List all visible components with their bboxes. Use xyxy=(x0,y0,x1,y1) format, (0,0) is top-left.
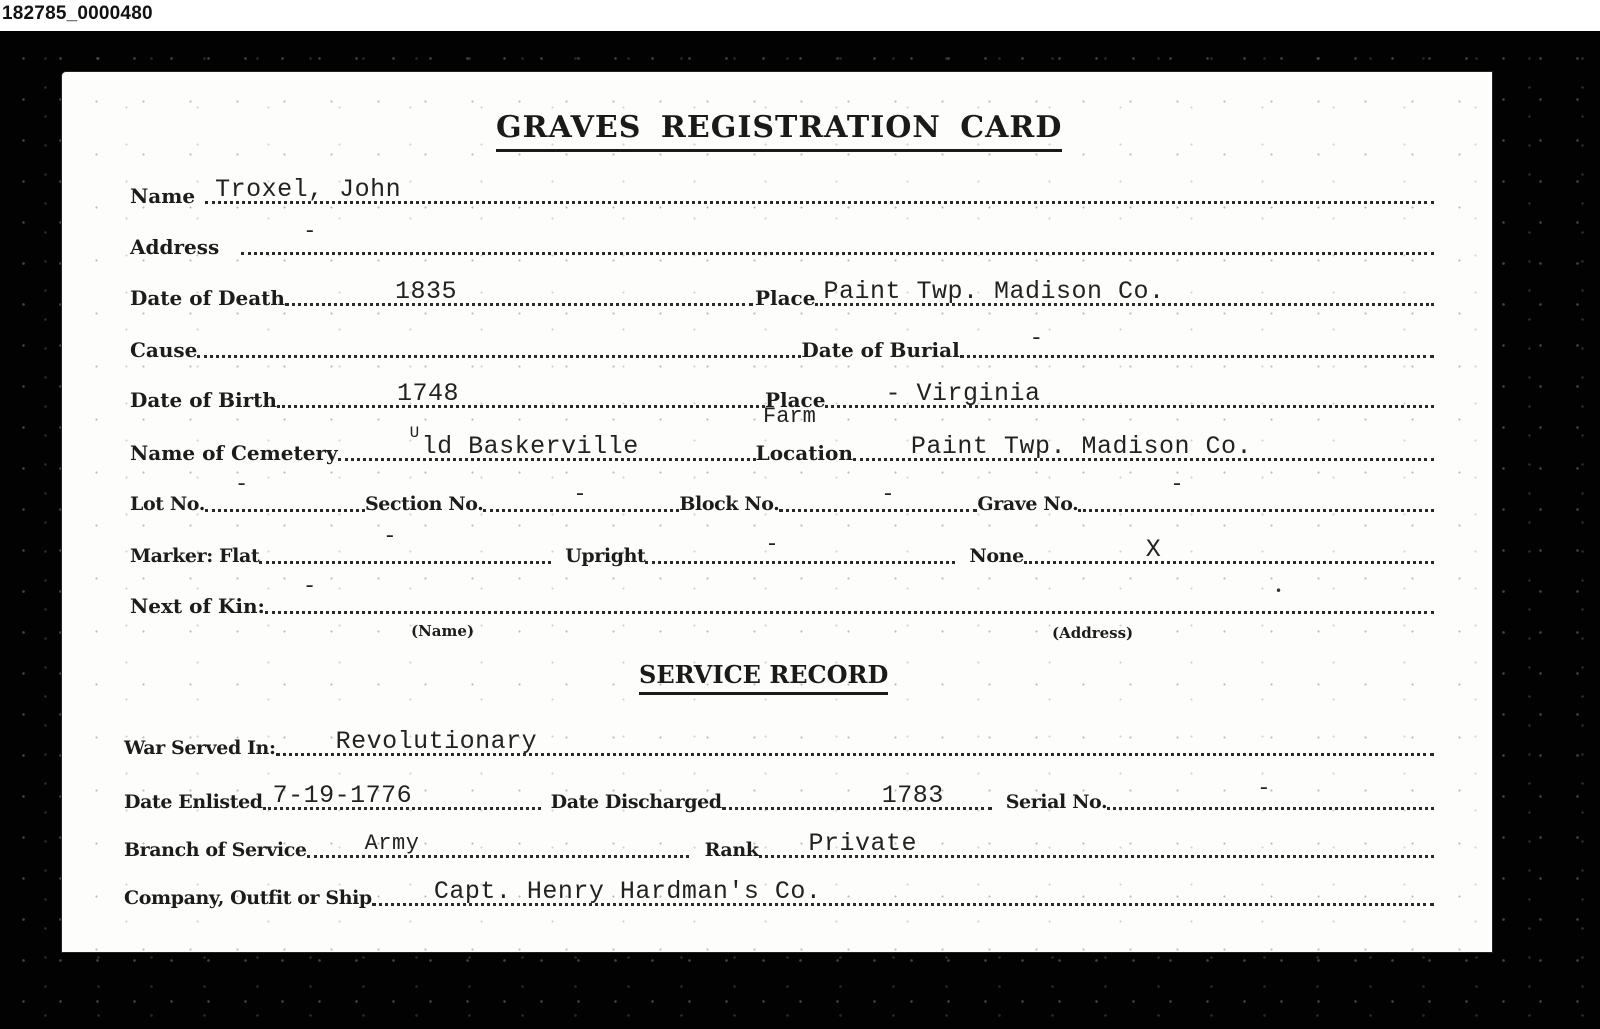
address-field: - xyxy=(241,222,1434,255)
date-of-birth-field: 1748 xyxy=(277,375,765,408)
company-value: Capt. Henry Hardman's Co. xyxy=(434,879,822,905)
death-place-label: Place xyxy=(755,286,816,310)
branch-row: Branch of Service Army Rank Private xyxy=(124,824,1434,858)
next-of-kin-value: - xyxy=(303,577,316,597)
marker-upright-field: - xyxy=(645,531,955,564)
next-of-kin-name-caption: (Name) xyxy=(411,622,474,640)
cause-row: Cause Date of Burial - xyxy=(130,324,1434,358)
date-of-birth-label: Date of Birth xyxy=(130,388,277,412)
branch-field: Army xyxy=(307,825,689,858)
cemetery-value: Uld Baskerville xyxy=(410,434,639,460)
location-value: Paint Twp. Madison Co. xyxy=(911,434,1252,460)
company-row: Company, Outfit or Ship Capt. Henry Hard… xyxy=(124,872,1434,906)
cause-field xyxy=(197,325,801,358)
next-of-kin-field: - xyxy=(265,581,1434,614)
graves-registration-card: GRAVES REGISTRATION CARD Name Troxel, Jo… xyxy=(62,72,1492,952)
branch-label: Branch of Service xyxy=(124,838,307,862)
block-no-value: - xyxy=(881,485,894,505)
date-of-burial-field: - xyxy=(960,325,1434,358)
cemetery-value-main: ld Baskerville xyxy=(422,432,639,461)
service-record-title: SERVICE RECORD xyxy=(639,660,888,695)
marker-row: Marker: Flat - Upright - None X xyxy=(130,530,1434,564)
company-label: Company, Outfit or Ship xyxy=(124,886,372,910)
date-discharged-field: 1783 xyxy=(722,777,992,810)
date-enlisted-field: 7-19-1776 xyxy=(263,777,541,810)
section-no-label: Section No. xyxy=(365,492,483,516)
rank-label: Rank xyxy=(705,838,759,862)
serial-no-value: - xyxy=(1257,779,1270,799)
name-row: Name Troxel, John xyxy=(130,170,1434,204)
grave-no-label: Grave No. xyxy=(977,492,1078,516)
death-place-value: Paint Twp. Madison Co. xyxy=(823,279,1164,305)
block-no-label: Block No. xyxy=(679,492,779,516)
marker-upright-label: Upright xyxy=(565,544,645,568)
rank-value: Private xyxy=(809,831,918,857)
birth-place-field: - Virginia xyxy=(825,375,1434,408)
death-row: Date of Death 1835 Place Paint Twp. Madi… xyxy=(130,272,1434,306)
next-of-kin-row: Next of Kin: - xyxy=(130,580,1434,614)
lot-no-label: Lot No. xyxy=(130,492,205,516)
marker-flat-label: Marker: Flat xyxy=(130,544,259,568)
cemetery-field: Uld Baskerville xyxy=(338,428,756,461)
enlistment-row: Date Enlisted 7-19-1776 Date Discharged … xyxy=(124,776,1434,810)
war-served-field: Revolutionary xyxy=(276,723,1434,756)
date-of-death-value: 1835 xyxy=(395,279,457,305)
cause-label: Cause xyxy=(130,338,197,362)
death-place-field: Paint Twp. Madison Co. xyxy=(815,273,1434,306)
birth-place-value: - Virginia xyxy=(885,381,1040,407)
section-no-value: - xyxy=(573,485,586,505)
marker-none-label: None xyxy=(969,544,1023,568)
serial-no-label: Serial No. xyxy=(1006,790,1108,814)
block-no-field: - xyxy=(779,479,977,512)
section-no-field: - xyxy=(483,479,679,512)
date-discharged-label: Date Discharged xyxy=(551,790,722,814)
cemetery-annotation: Farm xyxy=(763,404,816,429)
location-field: Paint Twp. Madison Co. xyxy=(853,428,1434,461)
war-served-label: War Served In: xyxy=(124,736,276,760)
next-of-kin-label: Next of Kin: xyxy=(130,594,265,618)
war-served-value: Revolutionary xyxy=(336,729,538,755)
date-of-burial-label: Date of Burial xyxy=(801,338,959,362)
grave-no-value: - xyxy=(1170,475,1183,495)
location-label: Location xyxy=(756,441,853,465)
cemetery-label: Name of Cemetery xyxy=(130,441,338,465)
date-of-birth-value: 1748 xyxy=(397,381,459,407)
war-served-row: War Served In: Revolutionary xyxy=(124,722,1434,756)
date-of-death-field: 1835 xyxy=(285,273,753,306)
lot-no-field: - xyxy=(205,479,365,512)
next-of-kin-address-caption: (Address) xyxy=(1052,624,1133,642)
address-row: Address - xyxy=(130,221,1434,255)
birth-row: Date of Birth 1748 Place - Virginia xyxy=(130,374,1434,408)
branch-value: Army xyxy=(365,831,420,857)
cemetery-row: Name of Cemetery Uld Baskerville Locatio… xyxy=(130,427,1434,461)
card-title: GRAVES REGISTRATION CARD xyxy=(496,110,1062,152)
plot-row: Lot No. - Section No. - Block No. - Grav… xyxy=(130,478,1434,512)
date-discharged-value: 1783 xyxy=(882,783,944,809)
marker-flat-field: - xyxy=(259,531,551,564)
serial-no-field: - xyxy=(1107,777,1434,810)
grave-no-field: - xyxy=(1078,479,1434,512)
marker-upright-value: - xyxy=(765,535,778,555)
marker-flat-value: - xyxy=(383,527,396,547)
date-of-death-label: Date of Death xyxy=(130,286,285,310)
cemetery-value-prefix: U xyxy=(410,420,420,446)
date-of-burial-value: - xyxy=(1030,329,1043,349)
marker-none-field: X xyxy=(1024,531,1434,564)
address-value: - xyxy=(303,222,316,242)
name-field: Troxel, John xyxy=(205,171,1434,204)
lot-no-value: - xyxy=(235,475,248,495)
marker-none-value: X xyxy=(1146,537,1162,563)
name-value: Troxel, John xyxy=(215,177,401,203)
company-field: Capt. Henry Hardman's Co. xyxy=(372,873,1434,906)
address-label: Address xyxy=(130,235,219,259)
date-enlisted-label: Date Enlisted xyxy=(124,790,263,814)
image-id-bar: 182785_0000480 xyxy=(0,0,1600,31)
name-label: Name xyxy=(130,184,195,208)
stray-mark: • xyxy=(1275,584,1282,598)
image-id: 182785_0000480 xyxy=(2,3,153,25)
rank-field: Private xyxy=(759,825,1434,858)
date-enlisted-value: 7-19-1776 xyxy=(273,783,413,809)
